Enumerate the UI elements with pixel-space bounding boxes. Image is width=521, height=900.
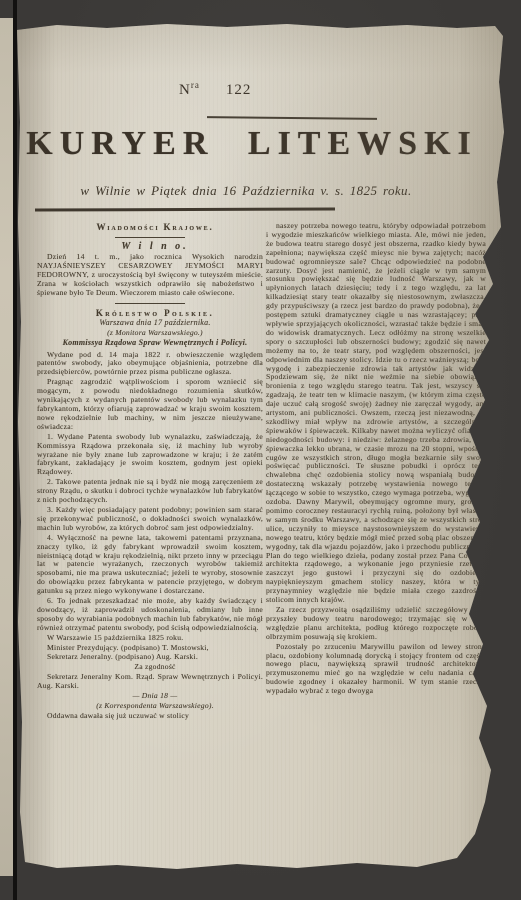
body-paragraph: Pragnąc zagrodzić wątpliwościom i sporom…	[37, 378, 263, 431]
kingdom-heading: Królestwo Polskie.	[37, 309, 263, 318]
kingdom-dateline: Warszawa dnia 17 października.	[37, 319, 263, 328]
signature-date-line: W Warszawie 15 października 1825 roku.	[37, 634, 263, 643]
issue-number: Nra122	[179, 80, 251, 99]
adjacent-page-edge	[0, 18, 13, 876]
dateline-rule	[35, 207, 335, 211]
issue-number-rule	[207, 116, 377, 120]
wilno-paragraph: Dzień 14 t. m., jako rocznica Wysokich n…	[37, 253, 263, 298]
dnia-18-heading: — Dnia 18 —	[37, 692, 263, 701]
issue-number-prefix: N	[179, 82, 191, 98]
issue-number-value: 122	[226, 82, 252, 98]
body-paragraph: 1. Wydane Patenta swobody lub wynalazku,…	[37, 433, 263, 478]
masthead-dateline: w Wilnie w Piątek dnia 16 Października v…	[25, 183, 467, 199]
body-paragraph: Za rzecz przyzwoitą osądziliśmy udzielić…	[266, 606, 486, 642]
newspaper-page: Nra122 KURYER LITEWSKI w Wilnie w Piątek…	[17, 22, 507, 877]
signature-minister-line: Minister Prezydujący. (podpisano) T. Mos…	[37, 644, 263, 653]
body-paragraph: Pozostały po zrzuceniu Marywillu pawilon…	[266, 643, 486, 696]
dnia-source: (z Korrespondenta Warszawskiego).	[37, 702, 263, 711]
section-divider	[115, 303, 185, 304]
left-column: Wiadomości Krajowe. W i l n o. Dzień 14 …	[37, 223, 263, 722]
scan-background: { "scan": { "surround_color": "#3b3937",…	[0, 0, 521, 900]
signature-confirm-line: Sekretarz Jeneralny Kom. Rząd. Spraw Wew…	[37, 673, 263, 691]
body-paragraph: Wydane pod d. 14 maja 1822 r. obwieszcze…	[37, 351, 263, 378]
right-column: naszey potrzeba nowego teatru, któryby o…	[266, 222, 486, 697]
binding-gutter-line	[13, 0, 17, 900]
kingdom-commission-heading: Kommissya Rządowa Spraw Wewnętrznych i P…	[37, 339, 263, 348]
masthead-title: KURYER LITEWSKI	[25, 125, 479, 163]
body-paragraph: Oddawna dawała się już uczuwać w stolicy	[37, 712, 263, 721]
body-paragraph: 3. Każdy więc posiadający patent podobny…	[37, 506, 263, 533]
body-paragraph: 6. To jednak przeszkadzać nie może, aby …	[37, 597, 263, 633]
kingdom-source: (z Monitora Warszawskiego.)	[37, 329, 263, 338]
body-paragraph: naszey potrzeba nowego teatru, któryby o…	[266, 222, 486, 605]
za-zgodnosc-line: Za zgodność	[37, 663, 263, 672]
body-paragraph: 4. Wyłączność na pewne lata, takowemi pa…	[37, 534, 263, 596]
section-divider	[115, 237, 185, 238]
signature-secretary-line: Sekretarz Jeneralny. (podpisano) Aug. Ka…	[37, 653, 263, 662]
wilno-heading: W i l n o.	[37, 243, 263, 252]
section-heading-wiadomosci-krajowe: Wiadomości Krajowe.	[37, 223, 263, 232]
issue-number-superscript: ra	[191, 80, 200, 90]
body-paragraph: 2. Takowe patenta jednak nie są i bydź n…	[37, 478, 263, 505]
